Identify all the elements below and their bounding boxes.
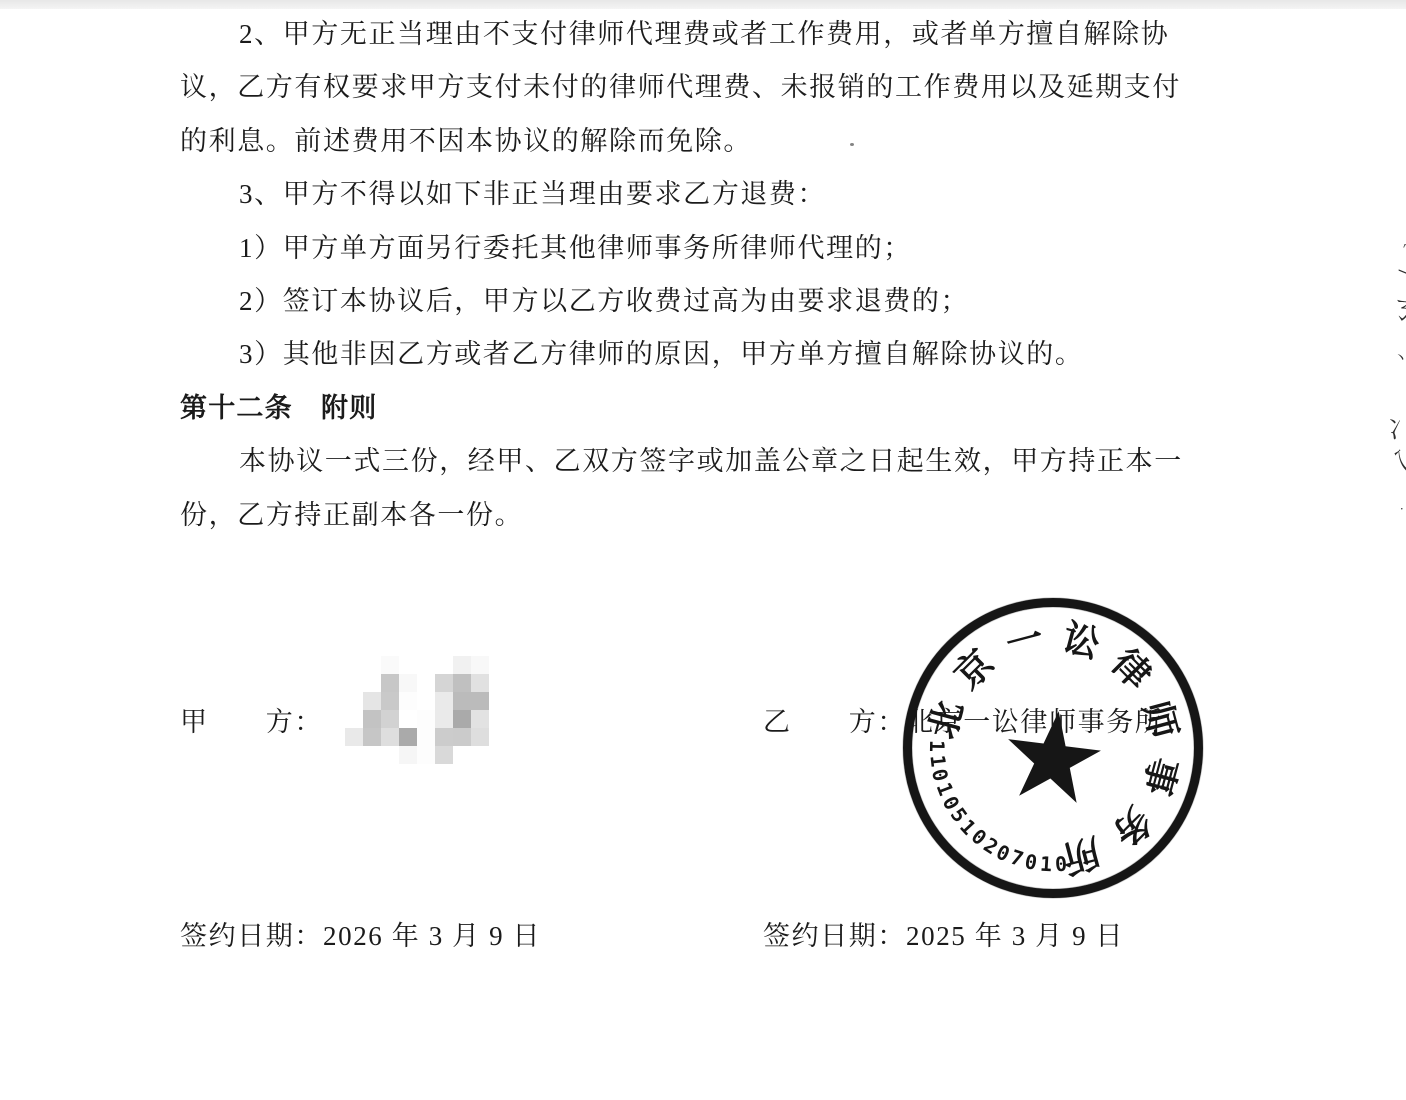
mosaic-cell [399,674,417,692]
section-heading: 第十二条 附则 [180,382,1240,435]
mosaic-cell [399,728,417,746]
mosaic-cell [453,728,471,746]
edge-artifact-glyph: 丶 [1393,352,1406,367]
mosaic-cell [363,692,381,710]
mosaic-cell [381,728,399,746]
mosaic-cell [363,746,381,764]
mosaic-cell [453,674,471,692]
party-b-sign-date: 签约日期：2025 年 3 月 9 日 [763,916,1124,956]
mosaic-cell [345,674,363,692]
stamp-number-digit: 1 [1040,853,1053,874]
mosaic-cell [381,746,399,764]
mosaic-cell [453,692,471,710]
mosaic-cell [381,692,399,710]
mosaic-cell [345,728,363,746]
edge-artifact-glyph: · [1400,502,1404,515]
edge-artifact-glyph: ⌐ [1401,239,1406,255]
mosaic-cell [435,710,453,728]
paragraph-line: 份，乙方持正副本各一份。 [180,489,1240,542]
mosaic-cell [471,710,489,728]
star-icon: ★ [991,690,1114,824]
list-item-line: 1）甲方单方面另行委托其他律师事务所律师代理的； [180,222,1240,275]
mosaic-cell [417,692,435,710]
mosaic-cell [399,656,417,674]
mosaic-cell [399,746,417,764]
mosaic-cell [363,728,381,746]
edge-artifacts: ⌐ 一 ㄋ 丶 冫 乀 · [1376,238,1406,548]
scan-speck [850,143,854,146]
party-b-label: 乙 方： [763,707,906,737]
list-item-line: 2）签订本协议后，甲方以乙方收费过高为由要求退费的； [180,275,1240,328]
mosaic-cell [417,674,435,692]
list-item-line: 3）其他非因乙方或者乙方律师的原因，甲方单方擅自解除协议的。 [180,328,1240,381]
mosaic-cell [471,746,489,764]
mosaic-cell [453,656,471,674]
mosaic-cell [381,656,399,674]
paragraph-line: 2、甲方无正当理由不支付律师代理费或者工作费用，或者单方擅自解除协 [180,8,1240,61]
mosaic-cell [345,710,363,728]
paragraph-line: 的利息。前述费用不因本协议的解除而免除。 [180,115,1240,168]
edge-artifact-glyph: 冫 [1386,416,1406,443]
paragraph-line: 议，乙方有权要求甲方支付未付的律师代理费、未报销的工作费用以及延期支付 [180,61,1240,114]
mosaic-cell [363,674,381,692]
mosaic-cell [435,692,453,710]
stamp-number-digit: 1 [927,740,947,752]
mosaic-cell [417,656,435,674]
mosaic-cell [435,746,453,764]
party-a-label: 甲 方： [180,702,323,742]
mosaic-cell [381,674,399,692]
mosaic-cell [471,656,489,674]
mosaic-cell [435,674,453,692]
stamp-number-digit: 1 [927,754,948,768]
mosaic-cell [399,692,417,710]
edge-artifact-glyph: ㄋ [1385,290,1406,327]
mosaic-cell [417,746,435,764]
contract-body: 2、甲方无正当理由不支付律师代理费或者工作费用，或者单方擅自解除协 议，乙方有权… [180,8,1240,542]
mosaic-cell [435,656,453,674]
edge-artifact-glyph: 乀 [1388,448,1406,477]
mosaic-cell [471,674,489,692]
paragraph-line: 3、甲方不得以如下非正当理由要求乙方退费： [180,168,1240,221]
mosaic-cell [417,728,435,746]
mosaic-cell [399,710,417,728]
mosaic-cell [345,656,363,674]
mosaic-cell [471,728,489,746]
edge-artifact-glyph: 一 [1394,263,1406,285]
mosaic-cell [345,692,363,710]
redaction-mosaic [345,656,489,764]
stamp: ★ 北京一讼律师事务所11010510207010 [903,598,1203,898]
mosaic-cell [453,710,471,728]
mosaic-cell [471,692,489,710]
mosaic-cell [453,746,471,764]
mosaic-cell [417,710,435,728]
party-a-sign-date: 签约日期：2026 年 3 月 9 日 [180,916,541,956]
mosaic-cell [363,710,381,728]
mosaic-cell [363,656,381,674]
paragraph-line: 本协议一式三份，经甲、乙双方签字或加盖公章之日起生效，甲方持正本一 [180,435,1240,488]
mosaic-cell [381,710,399,728]
mosaic-cell [345,746,363,764]
stamp-number-digit: 0 [1054,853,1067,874]
scanned-contract-page: { "page": { "background": "#ffffff", "to… [0,0,1406,1100]
mosaic-cell [435,728,453,746]
